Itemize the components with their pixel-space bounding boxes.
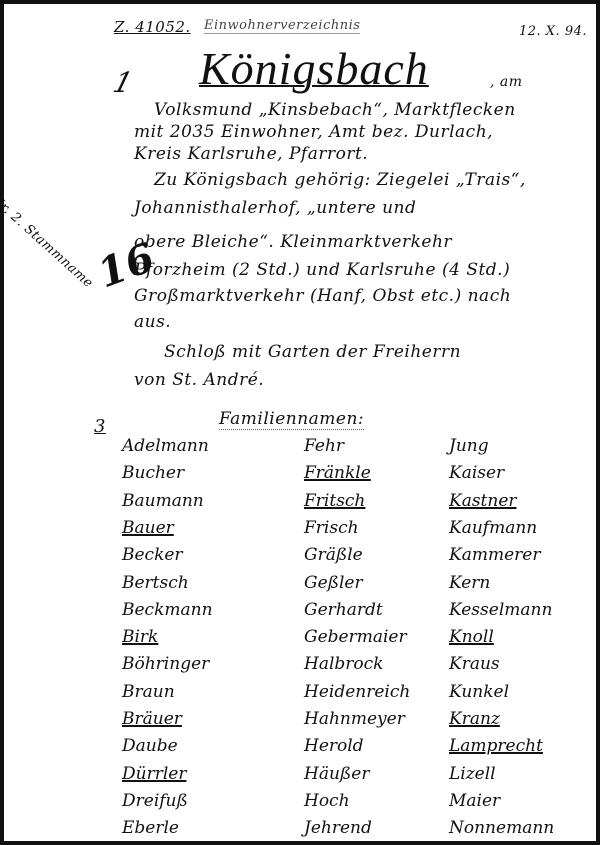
text-line: Johannisthalerhof, „untere und bbox=[134, 198, 416, 218]
family-name-entry: Kern bbox=[449, 573, 490, 593]
family-name-entry: Häußer bbox=[304, 764, 369, 784]
family-name-entry: Lizell bbox=[449, 764, 496, 784]
family-names-heading: Familiennamen: bbox=[219, 409, 364, 430]
family-name-entry: Heidenreich bbox=[304, 682, 410, 702]
family-name-entry: Fritsch bbox=[304, 491, 365, 511]
family-name-entry: Fränkle bbox=[304, 463, 371, 483]
family-name-entry: Bucher bbox=[122, 463, 184, 483]
family-name-entry: Dreifuß bbox=[122, 791, 188, 811]
family-name-entry: Bräuer bbox=[122, 709, 182, 729]
family-name-entry: Adelmann bbox=[122, 436, 209, 456]
family-name-entry: Fehr bbox=[304, 436, 344, 456]
scanned-handwritten-page: Z. 41052. Einwohnerverzeichnis 12. X. 94… bbox=[0, 0, 600, 845]
section-number-3: 3 bbox=[94, 416, 106, 437]
text-line: Volksmund „Kinsbebach“, Marktflecken bbox=[154, 100, 516, 120]
family-name-entry: Jehrend bbox=[304, 818, 372, 838]
family-name-entry: Dürrler bbox=[122, 764, 186, 784]
family-name-entry: Gerhardt bbox=[304, 600, 383, 620]
family-name-entry: Kammerer bbox=[449, 545, 540, 565]
family-name-entry: Beckmann bbox=[122, 600, 213, 620]
family-name-entry: Birk bbox=[122, 627, 158, 647]
header-note: Einwohnerverzeichnis bbox=[204, 18, 360, 34]
family-name-entry: Herold bbox=[304, 736, 364, 756]
family-name-entry: Lamprecht bbox=[449, 736, 543, 756]
section-number-1: 1 bbox=[110, 66, 137, 99]
text-line: Großmarktverkehr (Hanf, Obst etc.) nach bbox=[134, 286, 511, 306]
family-name-entry: Braun bbox=[122, 682, 175, 702]
margin-note: Nr. 2. Stammname bbox=[0, 192, 96, 291]
text-line: obere Bleiche“. Kleinmarktverkehr bbox=[134, 232, 452, 252]
family-name-entry: Gebermaier bbox=[304, 627, 407, 647]
text-line: Zu Königsbach gehörig: Ziegelei „Trais“, bbox=[154, 170, 526, 190]
text-line: Kreis Karlsruhe, Pfarrort. bbox=[134, 144, 368, 164]
document-date: 12. X. 94. bbox=[519, 24, 587, 39]
family-name-entry: Halbrock bbox=[304, 654, 383, 674]
family-name-entry: Frisch bbox=[304, 518, 359, 538]
family-name-entry: Kaiser bbox=[449, 463, 504, 483]
family-name-entry: Kastner bbox=[449, 491, 517, 511]
family-name-entry: Bauer bbox=[122, 518, 174, 538]
page-title: Königsbach bbox=[199, 42, 429, 95]
family-name-entry: Kunkel bbox=[449, 682, 509, 702]
family-name-entry: Kesselmann bbox=[449, 600, 552, 620]
reference-number: Z. 41052. bbox=[114, 18, 191, 36]
family-name-entry: Hahnmeyer bbox=[304, 709, 405, 729]
family-name-entry: Kranz bbox=[449, 709, 500, 729]
family-name-entry: Becker bbox=[122, 545, 183, 565]
family-name-entry: Baumann bbox=[122, 491, 204, 511]
family-name-entry: Kaufmann bbox=[449, 518, 537, 538]
family-name-entry: Nonnemann bbox=[449, 818, 554, 838]
family-name-entry: Gräßle bbox=[304, 545, 363, 565]
family-name-entry: Kraus bbox=[449, 654, 500, 674]
family-name-entry: Jung bbox=[449, 436, 489, 456]
text-line: von St. André. bbox=[134, 370, 264, 390]
text-line: aus. bbox=[134, 312, 171, 332]
title-suffix: , am bbox=[490, 74, 523, 90]
family-name-entry: Daube bbox=[122, 736, 178, 756]
family-name-entry: Geßler bbox=[304, 573, 363, 593]
family-name-entry: Knoll bbox=[449, 627, 494, 647]
family-name-entry: Bertsch bbox=[122, 573, 189, 593]
text-line: Schloß mit Garten der Freiherrn bbox=[164, 342, 461, 362]
family-name-entry: Eberle bbox=[122, 818, 179, 838]
family-name-entry: Hoch bbox=[304, 791, 350, 811]
family-name-entry: Böhringer bbox=[122, 654, 209, 674]
text-line: Pforzheim (2 Std.) und Karlsruhe (4 Std.… bbox=[134, 260, 510, 280]
family-name-entry: Maier bbox=[449, 791, 500, 811]
text-line: mit 2035 Einwohner, Amt bez. Durlach, bbox=[134, 122, 493, 142]
